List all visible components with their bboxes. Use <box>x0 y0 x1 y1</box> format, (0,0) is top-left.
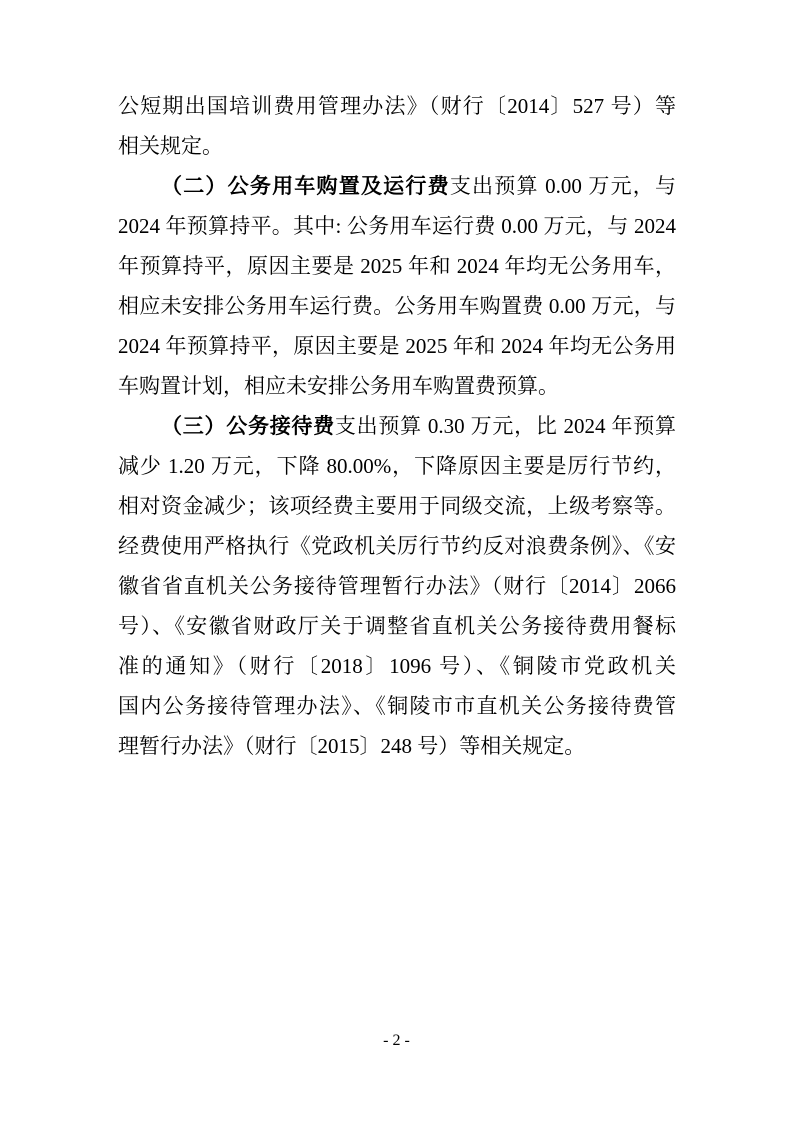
document-body: 公短期出国培训费用管理办法》（财行〔2014〕527 号）等相关规定。（二）公务… <box>118 86 676 766</box>
document-page: 公短期出国培训费用管理办法》（财行〔2014〕527 号）等相关规定。（二）公务… <box>0 0 793 1122</box>
text-line: 经费使用严格执行《党政机关厉行节约反对浪费条例》、《安 <box>118 526 676 566</box>
text-line: 2024 年预算持平，原因主要是 2025 年和 2024 年均无公务用 <box>118 326 676 366</box>
paragraph: 公短期出国培训费用管理办法》（财行〔2014〕527 号）等相关规定。 <box>118 86 676 166</box>
text-run: 理暂行办法》（财行〔2015〕248 号）等相关规定。 <box>118 734 585 758</box>
text-run: 减少 1.20 万元，下降 80.00%，下降原因主要是厉行节约， <box>118 454 676 478</box>
text-line: （二）公务用车购置及运行费支出预算 0.00 万元，与 <box>118 166 676 206</box>
text-run: 经费使用严格执行《党政机关厉行节约反对浪费条例》、《安 <box>118 534 676 558</box>
text-run: 2024 年预算持平。其中: 公务用车运行费 0.00 万元，与 2024 <box>118 214 676 238</box>
text-run: 号）、《安徽省财政厅关于调整省直机关公务接待费用餐标 <box>118 614 676 638</box>
text-line: 相关规定。 <box>118 126 676 166</box>
text-line: 国内公务接待管理办法》、《铜陵市市直机关公务接待费管 <box>118 686 676 726</box>
bold-text-run: （三）公务接待费 <box>161 414 335 438</box>
text-line: 准的通知》（财行〔2018〕1096 号）、《铜陵市党政机关 <box>118 646 676 686</box>
text-run: 车购置计划，相应未安排公务用车购置费预算。 <box>118 374 559 398</box>
bold-text-run: （二）公务用车购置及运行费 <box>161 174 450 198</box>
text-run: 支出预算 0.00 万元，与 <box>450 174 676 198</box>
text-line: 相对资金减少；该项经费主要用于同级交流，上级考察等。 <box>118 486 676 526</box>
text-run: 徽省省直机关公务接待管理暂行办法》（财行〔2014〕2066 <box>118 574 676 598</box>
text-run: 国内公务接待管理办法》、《铜陵市市直机关公务接待费管 <box>118 694 676 718</box>
text-run: 相对资金减少；该项经费主要用于同级交流，上级考察等。 <box>118 494 676 518</box>
text-run: 相应未安排公务用车运行费。公务用车购置费 0.00 万元，与 <box>118 294 676 318</box>
paragraph: （二）公务用车购置及运行费支出预算 0.00 万元，与2024 年预算持平。其中… <box>118 166 676 406</box>
text-line: 理暂行办法》（财行〔2015〕248 号）等相关规定。 <box>118 726 676 766</box>
text-line: 减少 1.20 万元，下降 80.00%，下降原因主要是厉行节约， <box>118 446 676 486</box>
text-run: 2024 年预算持平，原因主要是 2025 年和 2024 年均无公务用 <box>118 334 676 358</box>
text-run: 相关规定。 <box>118 134 223 158</box>
text-run: 准的通知》（财行〔2018〕1096 号）、《铜陵市党政机关 <box>118 654 676 678</box>
page-number: - 2 - <box>0 1031 793 1051</box>
text-line: 2024 年预算持平。其中: 公务用车运行费 0.00 万元，与 2024 <box>118 206 676 246</box>
text-line: （三）公务接待费支出预算 0.30 万元，比 2024 年预算 <box>118 406 676 446</box>
text-line: 年预算持平，原因主要是 2025 年和 2024 年均无公务用车， <box>118 246 676 286</box>
paragraph: （三）公务接待费支出预算 0.30 万元，比 2024 年预算减少 1.20 万… <box>118 406 676 766</box>
text-run: 年预算持平，原因主要是 2025 年和 2024 年均无公务用车， <box>118 254 676 278</box>
text-line: 号）、《安徽省财政厅关于调整省直机关公务接待费用餐标 <box>118 606 676 646</box>
text-line: 车购置计划，相应未安排公务用车购置费预算。 <box>118 366 676 406</box>
text-run: 公短期出国培训费用管理办法》（财行〔2014〕527 号）等 <box>118 94 676 118</box>
text-run: 支出预算 0.30 万元，比 2024 年预算 <box>335 414 676 438</box>
text-line: 相应未安排公务用车运行费。公务用车购置费 0.00 万元，与 <box>118 286 676 326</box>
text-line: 公短期出国培训费用管理办法》（财行〔2014〕527 号）等 <box>118 86 676 126</box>
text-line: 徽省省直机关公务接待管理暂行办法》（财行〔2014〕2066 <box>118 566 676 606</box>
